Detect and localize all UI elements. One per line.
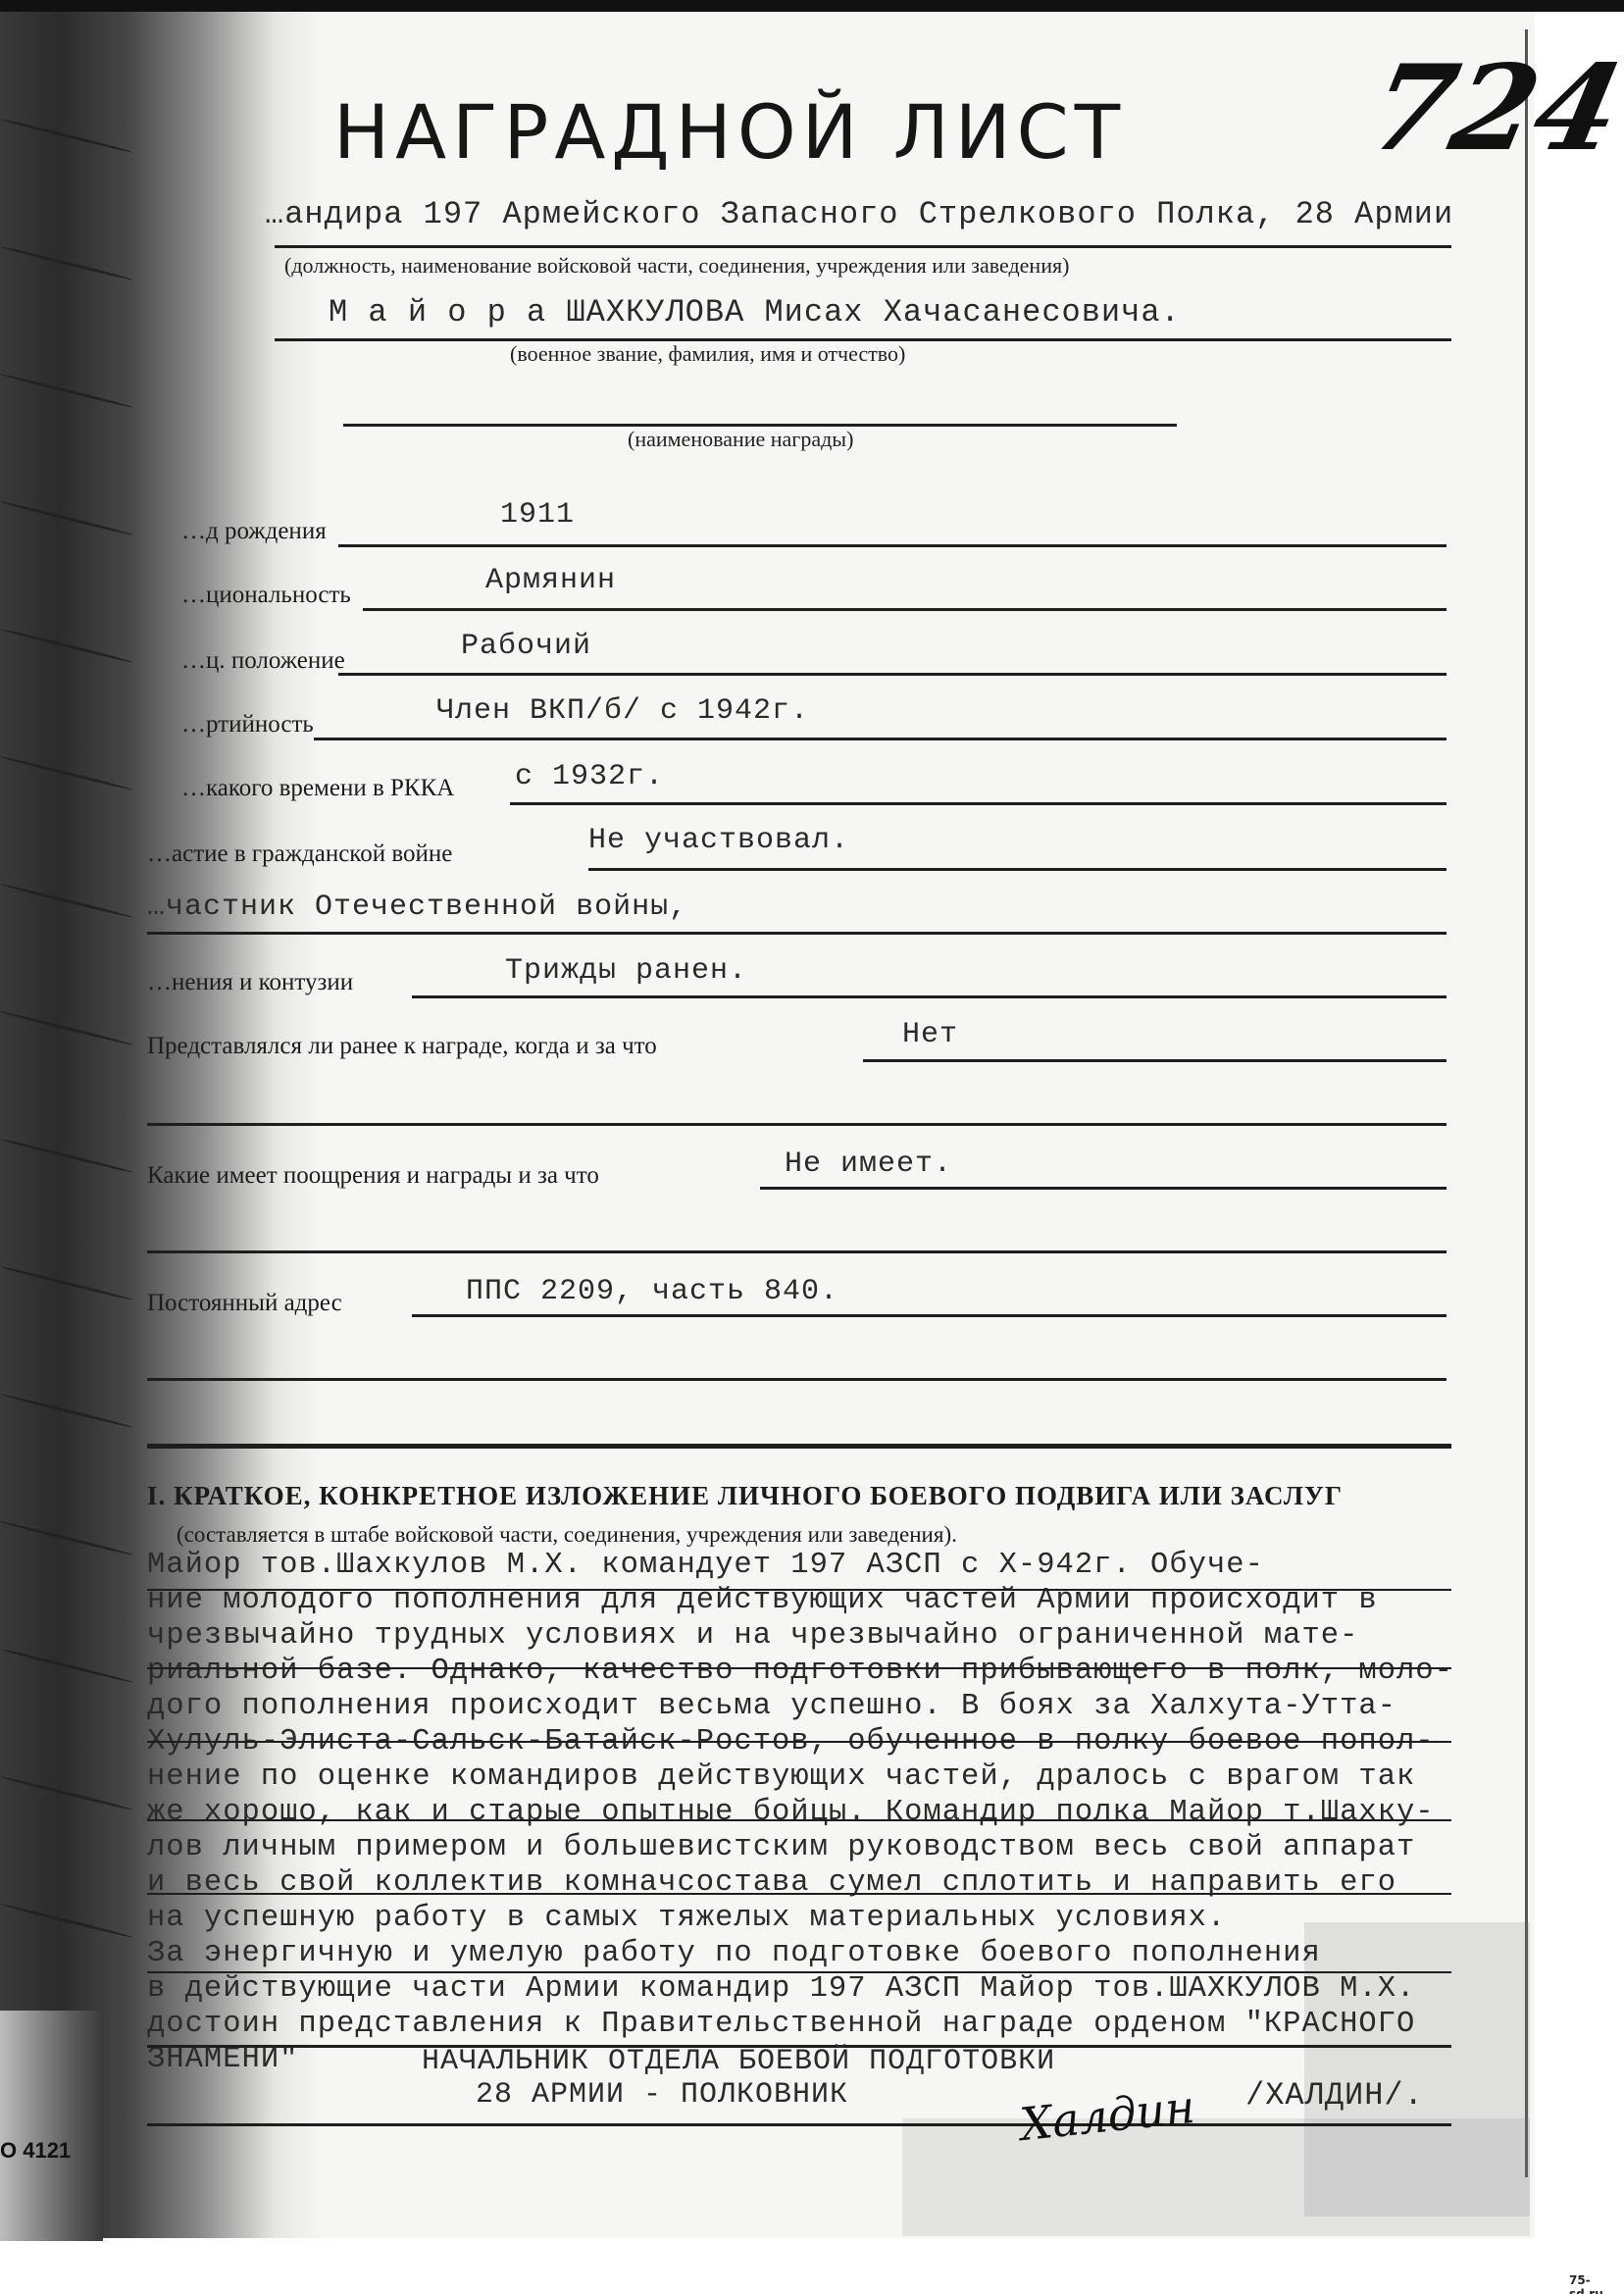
field-label: …какого времени в РККА bbox=[181, 775, 454, 802]
field-value: с 1932г. bbox=[515, 760, 664, 793]
field-value: Не участвовал. bbox=[588, 824, 849, 857]
narrative-line: лов личным примером и большевистским рук… bbox=[147, 1830, 1540, 1865]
form-code: О 4121 bbox=[0, 2138, 71, 2164]
handwritten-number: 724 bbox=[1358, 39, 1624, 178]
field-label: …нения и контузии bbox=[147, 969, 353, 996]
narrative-line: в действующие части Армии командир 197 А… bbox=[147, 1971, 1540, 2007]
rule-line bbox=[147, 1667, 1451, 1669]
rule-line bbox=[338, 673, 1446, 676]
field-value: Рабочий bbox=[461, 630, 591, 663]
name-caption: (военное звание, фамилия, имя и отчество… bbox=[510, 341, 905, 367]
field-value: 1911 bbox=[500, 498, 575, 532]
rule-line bbox=[147, 1123, 1446, 1126]
rule-line bbox=[147, 1589, 1451, 1591]
field-value: …частник Отечественной войны, bbox=[147, 891, 687, 924]
rule-line bbox=[363, 608, 1446, 611]
rule-line bbox=[147, 1741, 1451, 1743]
rule-line bbox=[863, 1059, 1446, 1062]
rule-line bbox=[588, 868, 1446, 871]
rule-line bbox=[314, 738, 1446, 740]
rule-line bbox=[147, 1819, 1451, 1821]
narrative-line: За энергичную и умелую работу по подгото… bbox=[147, 1936, 1540, 1971]
rule-line bbox=[412, 995, 1446, 998]
field-label: …ртийность bbox=[181, 711, 314, 739]
signatory-name: /ХАЛДИН/. bbox=[1245, 2077, 1424, 2114]
field-value: Нет bbox=[902, 1018, 958, 1051]
rule-line bbox=[412, 1314, 1446, 1317]
field-label: Постоянный адрес bbox=[147, 1290, 342, 1317]
page-edge-strip bbox=[0, 2011, 103, 2241]
narrative-line: дого пополнения происходит весьма успешн… bbox=[147, 1689, 1540, 1724]
rule-line bbox=[338, 544, 1446, 547]
field-value: Член ВКП/б/ с 1942г. bbox=[436, 694, 809, 728]
field-label: …ц. положение bbox=[181, 647, 345, 675]
narrative-line: же хорошо, как и старые опытные бойцы. К… bbox=[147, 1795, 1540, 1830]
field-label: …циональность bbox=[181, 582, 351, 609]
field-value: ППС 2209, часть 840. bbox=[466, 1275, 838, 1308]
scan-shading bbox=[902, 2118, 1530, 2236]
narrative-line: и весь свой коллектив комначсостава суме… bbox=[147, 1865, 1540, 1901]
name-value: М а й о р а ШАХКУЛОВА Мисах Хачасанесови… bbox=[329, 294, 1181, 331]
rule-line bbox=[147, 1893, 1451, 1895]
field-value: Армянин bbox=[485, 564, 616, 597]
scan-top-edge bbox=[0, 0, 1624, 12]
signatory-rank: 28 АРМИИ - ПОЛКОВНИК bbox=[422, 2078, 1055, 2112]
section-title: I. КРАТКОЕ, КОНКРЕТНОЕ ИЗЛОЖЕНИЕ ЛИЧНОГО… bbox=[147, 1481, 1343, 1511]
rule-line bbox=[760, 1187, 1446, 1190]
rule-line bbox=[147, 932, 1446, 935]
field-value: Трижды ранен. bbox=[505, 954, 747, 988]
narrative-text: Майор тов.Шахкулов М.Х. командует 197 АЗ… bbox=[147, 1548, 1540, 2077]
field-label: Какие имеет поощрения и награды и за что bbox=[147, 1162, 599, 1190]
narrative-line: на успешную работу в самых тяжелых матер… bbox=[147, 1901, 1540, 1936]
signatory-title: НАЧАЛЬНИК ОТДЕЛА БОЕВОЙ ПОДГОТОВКИ bbox=[422, 2045, 1055, 2078]
rule-line bbox=[147, 1378, 1446, 1381]
rule-line bbox=[510, 802, 1446, 805]
rule-line bbox=[275, 245, 1451, 248]
rule-line bbox=[147, 1971, 1451, 1973]
position-value: …андира 197 Армейского Запасного Стрелко… bbox=[265, 196, 1453, 232]
watermark: 75-sd.ru bbox=[1569, 2273, 1624, 2294]
field-label: Представлялся ли ранее к награде, когда … bbox=[147, 1033, 657, 1060]
rule-line bbox=[147, 1250, 1446, 1253]
narrative-line: риальной базе. Однако, качество подготов… bbox=[147, 1654, 1540, 1689]
section-divider bbox=[147, 1444, 1451, 1449]
award-caption: (наименование награды) bbox=[628, 427, 853, 452]
field-label: …астие в гражданской войне bbox=[147, 841, 452, 868]
rule-line bbox=[147, 2123, 1451, 2126]
narrative-line: Майор тов.Шахкулов М.Х. командует 197 АЗ… bbox=[147, 1548, 1540, 1583]
field-label: …д рождения bbox=[181, 518, 327, 545]
position-caption: (должность, наименование войсковой части… bbox=[284, 253, 1069, 279]
narrative-line: нение по оценке командиров действующих ч… bbox=[147, 1759, 1540, 1795]
document-title: НАГРАДНОЙ ЛИСТ bbox=[333, 88, 1126, 176]
narrative-line: чрезвычайно трудных условиях и на чрезвы… bbox=[147, 1618, 1540, 1654]
section-caption: (составляется в штабе войсковой части, с… bbox=[177, 1522, 957, 1548]
signatory-block: НАЧАЛЬНИК ОТДЕЛА БОЕВОЙ ПОДГОТОВКИ 28 АР… bbox=[422, 2045, 1055, 2112]
field-value: Не имеет. bbox=[785, 1147, 952, 1181]
narrative-line: достоин представления к Правительственно… bbox=[147, 2007, 1540, 2042]
